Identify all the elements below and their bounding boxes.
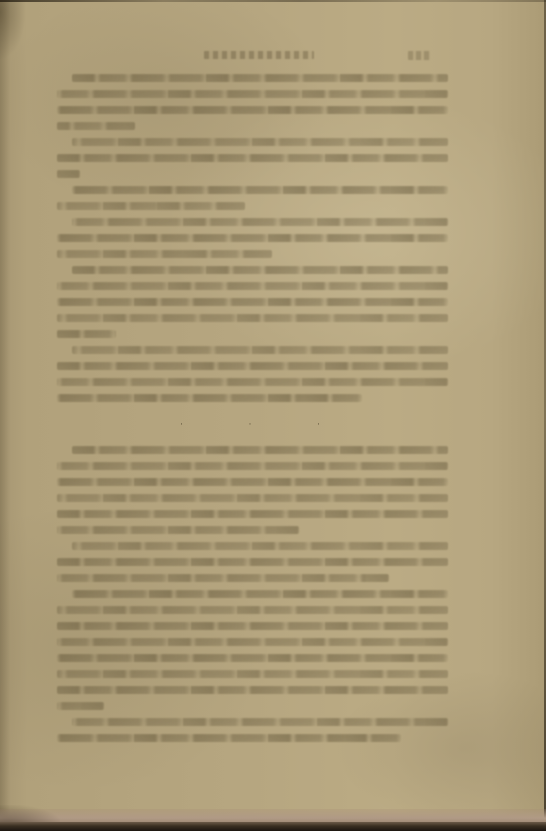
text-block-upper xyxy=(57,74,448,410)
text-line-smudge xyxy=(57,622,448,630)
text-line-smudge xyxy=(57,250,272,258)
text-line-smudge xyxy=(72,718,448,726)
text-line-smudge xyxy=(57,526,299,534)
text-line-smudge xyxy=(57,558,448,566)
paragraph-smudge xyxy=(57,138,448,178)
scan-bottom-band xyxy=(0,809,546,822)
page-number-smudge xyxy=(408,51,430,60)
text-line-smudge xyxy=(57,202,245,210)
text-line-smudge xyxy=(57,154,448,162)
separator-dot-icon: · xyxy=(180,418,183,430)
paragraph-smudge xyxy=(57,266,448,338)
paragraph-smudge xyxy=(57,718,448,742)
text-line-smudge xyxy=(57,394,362,402)
scan-edge-left xyxy=(0,0,10,831)
text-line-smudge xyxy=(72,218,448,226)
text-line-smudge xyxy=(57,462,448,470)
text-line-smudge xyxy=(72,446,448,454)
paragraph-smudge xyxy=(57,590,448,710)
section-break: · · · xyxy=(180,418,320,430)
text-line-smudge xyxy=(57,362,448,370)
scan-edge-top xyxy=(0,0,546,2)
paragraph-smudge xyxy=(57,74,448,130)
text-line-smudge xyxy=(72,346,448,354)
text-line-smudge xyxy=(57,494,448,502)
text-line-smudge xyxy=(57,90,448,98)
text-line-smudge xyxy=(57,314,448,322)
text-line-smudge xyxy=(57,638,448,646)
text-line-smudge xyxy=(57,510,448,518)
text-line-smudge xyxy=(57,170,80,178)
text-line-smudge xyxy=(57,702,104,710)
text-line-smudge xyxy=(57,122,135,130)
text-line-smudge xyxy=(57,686,448,694)
text-line-smudge xyxy=(57,606,448,614)
text-line-smudge xyxy=(57,734,401,742)
paragraph-smudge xyxy=(57,346,448,402)
text-line-smudge xyxy=(57,298,448,306)
paragraph-smudge xyxy=(57,446,448,534)
text-line-smudge xyxy=(57,478,448,486)
text-line-smudge xyxy=(57,574,389,582)
text-line-smudge xyxy=(57,234,448,242)
text-block-lower xyxy=(57,446,448,750)
text-line-smudge xyxy=(72,186,448,194)
paragraph-smudge xyxy=(57,218,448,258)
text-line-smudge xyxy=(57,282,448,290)
text-line-smudge xyxy=(72,74,448,82)
scanned-book-page: · · · xyxy=(0,0,546,831)
text-line-smudge xyxy=(57,106,448,114)
text-line-smudge xyxy=(57,670,448,678)
separator-dot-icon: · xyxy=(249,418,252,430)
scan-edge-bottom xyxy=(0,822,546,831)
text-line-smudge xyxy=(57,654,448,662)
paragraph-smudge xyxy=(57,186,448,210)
separator-dot-icon: · xyxy=(317,418,320,430)
text-line-smudge xyxy=(57,378,448,386)
text-line-smudge xyxy=(72,138,448,146)
paragraph-smudge xyxy=(57,542,448,582)
text-line-smudge xyxy=(72,590,448,598)
text-line-smudge xyxy=(72,266,448,274)
text-line-smudge xyxy=(57,330,116,338)
text-line-smudge xyxy=(72,542,448,550)
running-head-smudge xyxy=(204,51,314,59)
